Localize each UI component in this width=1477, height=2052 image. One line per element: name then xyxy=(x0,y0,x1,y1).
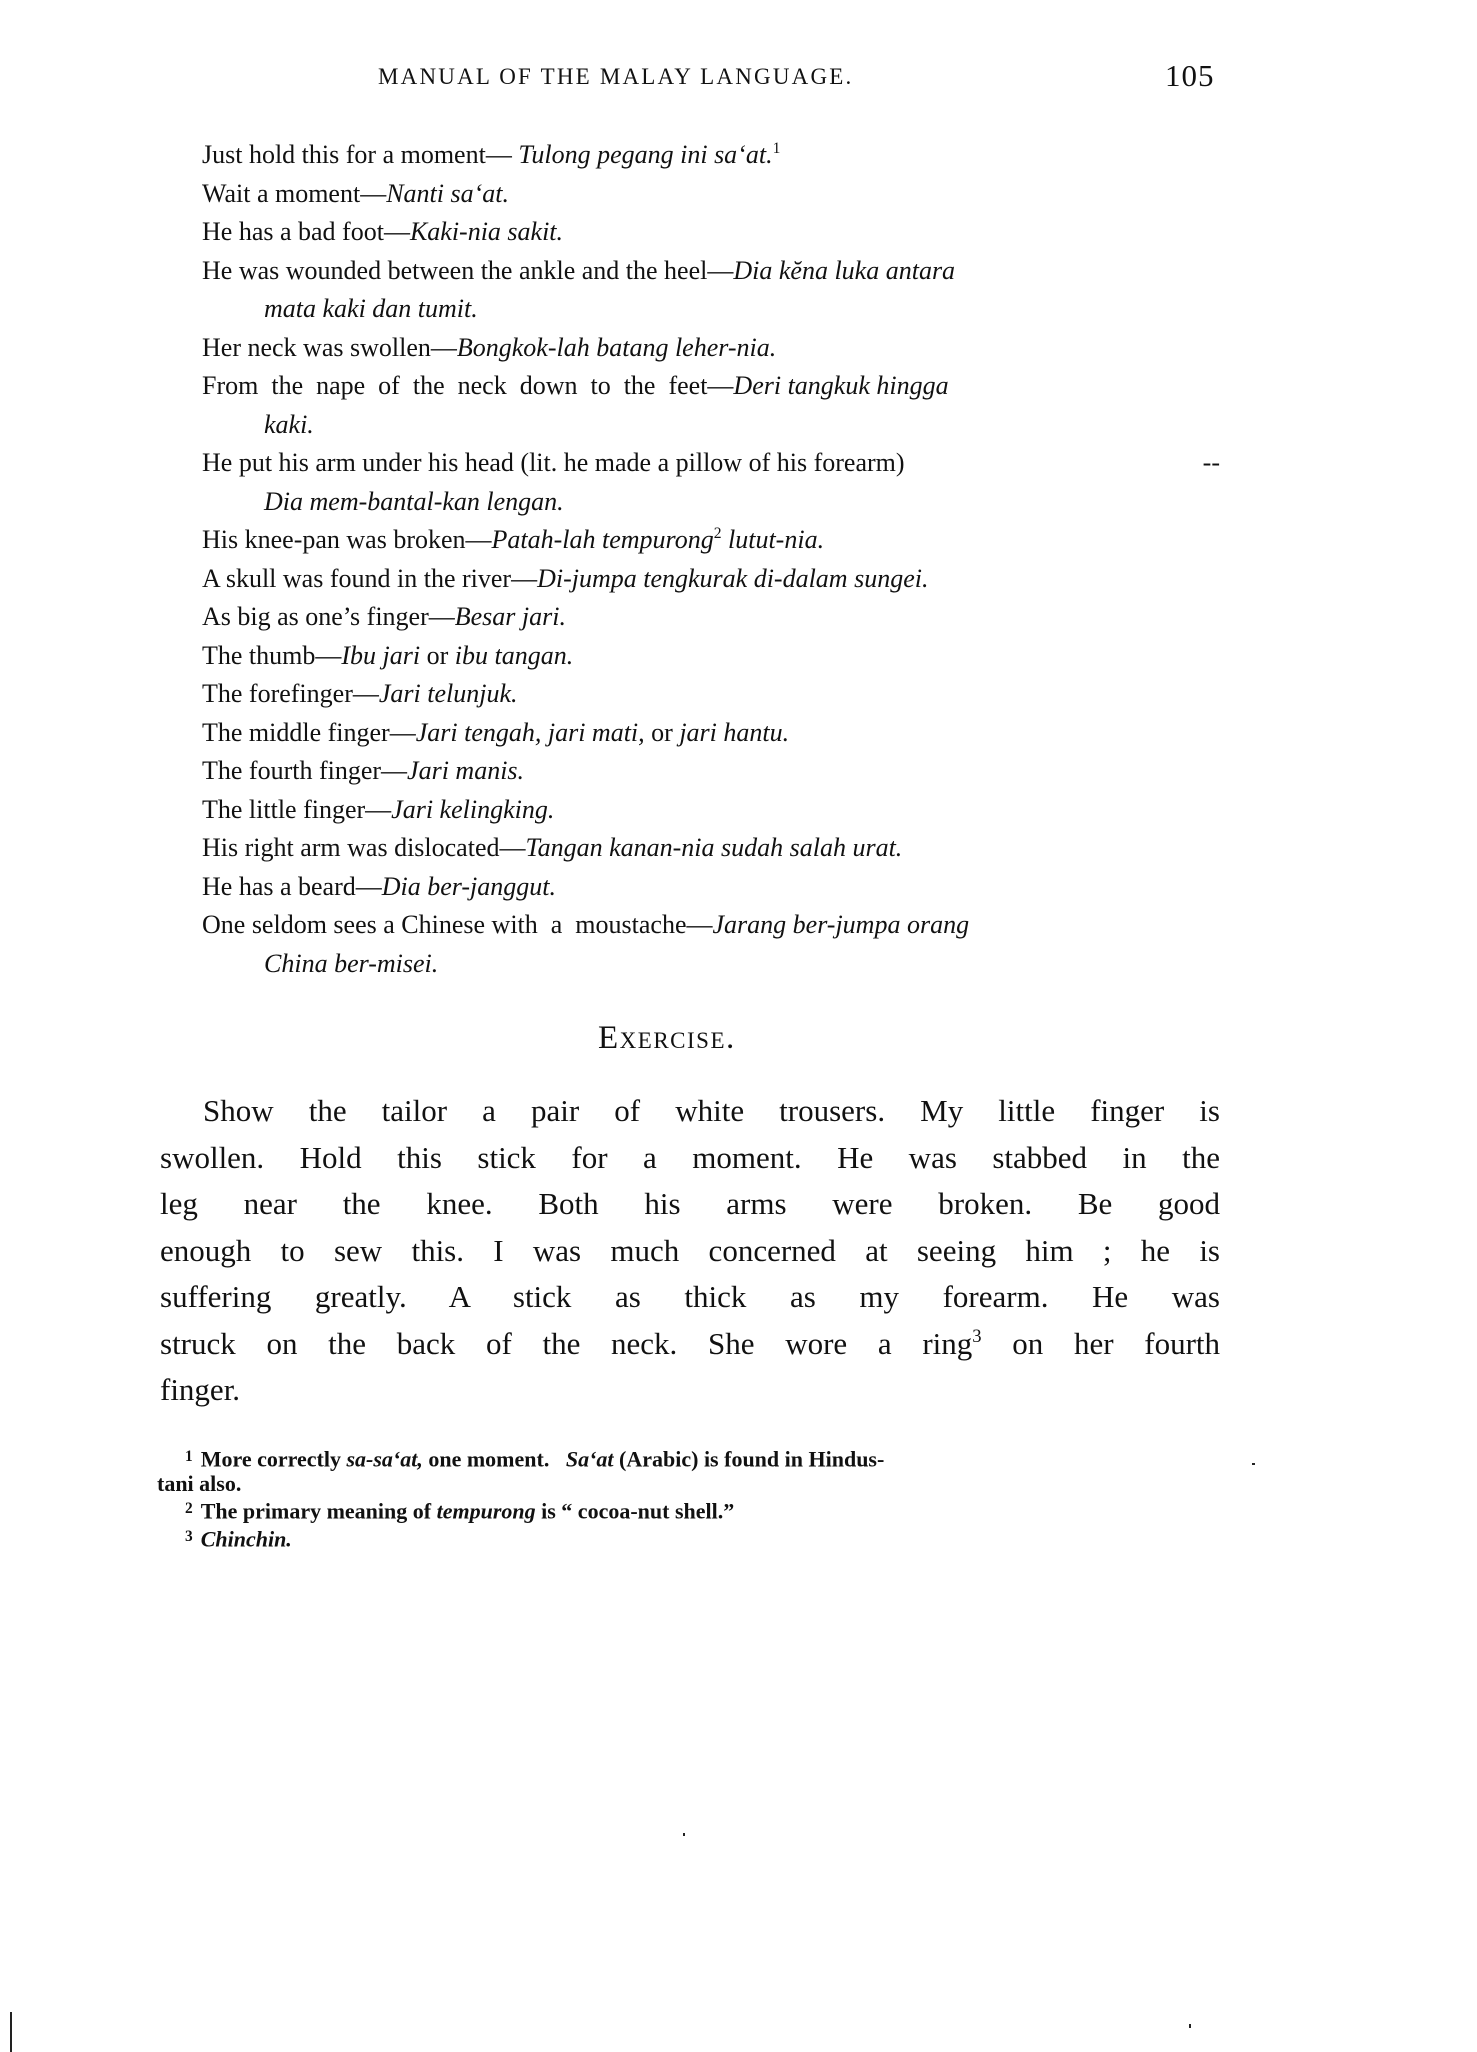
footnote-ref: 1 xyxy=(773,140,781,157)
english-text: The forefinger xyxy=(202,679,353,708)
entry-line: The forefinger—Jari telunjuk. xyxy=(202,675,1220,714)
footnote-ref: 3 xyxy=(972,1325,981,1346)
entry-line: His right arm was dislocated—Tangan kana… xyxy=(202,829,1220,868)
malay-text: Kaki-nia sakit. xyxy=(410,217,563,246)
entry-line: One seldom sees a Chinese with a moustac… xyxy=(202,906,1220,945)
footnote-number: 2 xyxy=(185,1500,193,1517)
malay-text: Tangan kanan-nia sudah salah urat. xyxy=(526,833,903,862)
malay-text: Nanti sa‘at. xyxy=(386,179,509,208)
malay-text: Dia mem-bantal-kan lengan. xyxy=(264,487,564,516)
english-text: One seldom sees a Chinese with a moustac… xyxy=(202,910,687,939)
entry-line: He put his arm under his head (lit. he m… xyxy=(202,444,1220,483)
footnote: 3Chinchin. xyxy=(157,1524,1220,1551)
italic-term: sa-sa‘at, xyxy=(346,1446,422,1471)
entry-continuation: mata kaki dan tumit. xyxy=(202,290,1220,329)
dash: — xyxy=(353,679,379,708)
english-text: His right arm was dislocated xyxy=(202,833,500,862)
italic-term: Sa‘at xyxy=(566,1446,614,1471)
entry-line: The thumb—Ibu jari or ibu tangan. xyxy=(202,637,1220,676)
scan-edge-line xyxy=(10,2012,12,2052)
malay-text: Tulong pegang ini sa‘at. xyxy=(518,140,772,169)
english-text: He was wounded between the ankle and the… xyxy=(202,256,707,285)
malay-text: Besar jari. xyxy=(455,602,566,631)
entry-line: His knee-pan was broken—Patah-lah tempur… xyxy=(202,521,1220,560)
malay-text: lutut-nia. xyxy=(722,525,825,554)
dash: — xyxy=(707,256,733,285)
entry-line: Her neck was swollen—Bongkok-lah batang … xyxy=(202,329,1220,368)
malay-text: Jari telunjuk. xyxy=(379,679,518,708)
english-text: As big as one’s finger xyxy=(202,602,429,631)
page-number: 105 xyxy=(1165,58,1215,94)
english-text: Wait a moment xyxy=(202,179,360,208)
english-text: The little finger xyxy=(202,795,365,824)
footnote-ref: 2 xyxy=(714,525,722,542)
english-text: He has a beard xyxy=(202,872,356,901)
dash: — xyxy=(486,140,519,169)
connector-text: or xyxy=(645,718,680,747)
exercise-line: enough to sew this. I was much concerned… xyxy=(160,1228,1220,1275)
entry-line: The middle finger—Jari tengah, jari mati… xyxy=(202,714,1220,753)
footnote-continuation: tani also. xyxy=(157,1471,1220,1496)
exercise-paragraph: Show the tailor a pair of white trousers… xyxy=(160,1088,1220,1414)
dash: — xyxy=(315,641,341,670)
dash: -- xyxy=(1196,444,1220,483)
dash: — xyxy=(500,833,526,862)
malay-text: Jari tengah, jari mati, xyxy=(416,718,645,747)
exercise-line: struck on the back of the neck. She wore… xyxy=(160,1321,1220,1368)
malay-text: Ibu jari xyxy=(341,641,420,670)
dash: — xyxy=(431,333,457,362)
malay-text: Dia ber-janggut. xyxy=(382,872,556,901)
entry-line: He has a beard—Dia ber-janggut. xyxy=(202,868,1220,907)
english-text: From the nape of the neck down to the fe… xyxy=(202,371,707,400)
malay-text: Jari manis. xyxy=(407,756,524,785)
english-text: The fourth finger xyxy=(202,756,381,785)
malay-text: Patah-lah tempurong xyxy=(492,525,714,554)
dash: — xyxy=(429,602,455,631)
running-title: MANUAL OF THE MALAY LANGUAGE. xyxy=(378,64,1008,90)
exercise-line: finger. xyxy=(160,1367,1220,1414)
italic-term: tempurong xyxy=(437,1499,536,1524)
exercise-line: suffering greatly. A stick as thick as m… xyxy=(160,1274,1220,1321)
italic-term: Chinchin. xyxy=(201,1526,292,1551)
malay-text: Jarang ber-jumpa orang xyxy=(713,910,970,939)
footnotes: 1More correctly sa-sa‘at, one moment. Sa… xyxy=(157,1444,1220,1551)
connector-text: or xyxy=(420,641,455,670)
malay-text: jari hantu. xyxy=(679,718,789,747)
english-text: Just hold this for a moment xyxy=(202,140,486,169)
entry-line: From the nape of the neck down to the fe… xyxy=(202,367,1220,406)
exercise-line: Show the tailor a pair of white trousers… xyxy=(160,1088,1220,1135)
footnote-number: 1 xyxy=(185,1448,193,1465)
dash: — xyxy=(381,756,407,785)
entry-continuation: kaki. xyxy=(202,406,1220,445)
malay-text: ibu tangan. xyxy=(455,641,573,670)
entry-line: Wait a moment—Nanti sa‘at. xyxy=(202,175,1220,214)
english-text: He put his arm under his head (lit. he m… xyxy=(202,444,905,483)
scan-speck xyxy=(1189,2024,1191,2028)
footnote-number: 3 xyxy=(185,1528,193,1545)
exercise-line: leg near the knee. Both his arms were br… xyxy=(160,1181,1220,1228)
book-page: MANUAL OF THE MALAY LANGUAGE. 105 Just h… xyxy=(0,0,1477,2052)
english-text: His knee-pan was broken xyxy=(202,525,466,554)
scan-speck xyxy=(1252,1463,1255,1465)
english-text: The middle finger xyxy=(202,718,390,747)
entry-line: As big as one’s finger—Besar jari. xyxy=(202,598,1220,637)
english-text: He has a bad foot xyxy=(202,217,384,246)
english-text: The thumb xyxy=(202,641,315,670)
footnote: 1More correctly sa-sa‘at, one moment. Sa… xyxy=(157,1444,1220,1471)
dash: — xyxy=(687,910,713,939)
malay-text: China ber-misei. xyxy=(264,949,438,978)
english-text: Her neck was swollen xyxy=(202,333,431,362)
entry-continuation: China ber-misei. xyxy=(202,945,1220,984)
footnote-text: one moment. xyxy=(423,1446,566,1471)
entry-line: The fourth finger—Jari manis. xyxy=(202,752,1220,791)
dash: — xyxy=(356,872,382,901)
footnote: 2The primary meaning of tempurong is “ c… xyxy=(157,1496,1220,1523)
dash: — xyxy=(511,564,537,593)
exercise-heading: Exercise. xyxy=(598,1020,736,1057)
entry-line: Just hold this for a moment— Tulong pega… xyxy=(202,136,1220,175)
malay-text: Deri tangkuk hingga xyxy=(733,371,948,400)
dash: — xyxy=(390,718,416,747)
dash: — xyxy=(360,179,386,208)
entry-line: The little finger—Jari kelingking. xyxy=(202,791,1220,830)
exercise-line: swollen. Hold this stick for a moment. H… xyxy=(160,1135,1220,1182)
english-text: A skull was found in the river xyxy=(202,564,511,593)
malay-text: kaki. xyxy=(264,410,314,439)
malay-text: Di-jumpa tengkurak di-dalam sungei. xyxy=(537,564,928,593)
scan-speck xyxy=(683,1833,685,1836)
malay-text: Dia kĕna luka antara xyxy=(733,256,955,285)
dash: — xyxy=(707,371,733,400)
dash: — xyxy=(384,217,410,246)
dash: — xyxy=(365,795,391,824)
malay-text: mata kaki dan tumit. xyxy=(264,294,478,323)
phrase-list: Just hold this for a moment— Tulong pega… xyxy=(202,136,1220,983)
entry-line: He has a bad foot—Kaki-nia sakit. xyxy=(202,213,1220,252)
dash: — xyxy=(466,525,492,554)
malay-text: Bongkok-lah batang leher-nia. xyxy=(457,333,776,362)
entry-line: A skull was found in the river—Di-jumpa … xyxy=(202,560,1220,599)
entry-line: He was wounded between the ankle and the… xyxy=(202,252,1220,291)
footnote-text: is “ cocoa-nut shell.” xyxy=(536,1499,735,1524)
entry-continuation: Dia mem-bantal-kan lengan. xyxy=(202,483,1220,522)
malay-text: Jari kelingking. xyxy=(391,795,554,824)
